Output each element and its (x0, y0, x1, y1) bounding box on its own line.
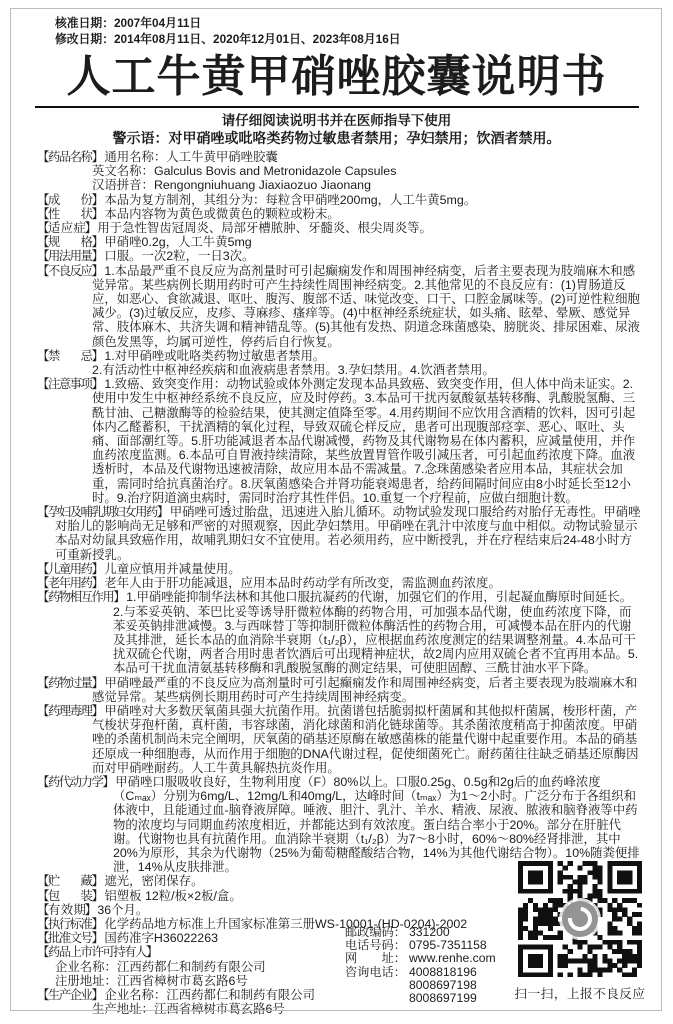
section-label: 【药代动力学】 (37, 775, 113, 789)
date-block: 核准日期：2007年04月11日 修改日期：2014年08月11日、2020年1… (0, 0, 673, 47)
qr-caption: 扫一扫，上报不良反应 (498, 983, 662, 1002)
section-interactions: 【药物相互作用】1.甲硝唑能抑制华法林和其他口服抗凝药的代谢，加强它们的作用，引… (0, 590, 642, 675)
section-label: 【药物过量】 (37, 676, 102, 690)
section-name: 【药品名称】通用名称：人工牛黄甲硝唑胶囊英文名称：Galculus Bovis … (0, 150, 642, 193)
approval-date: 核准日期：2007年04月11日 (55, 15, 673, 31)
section-label: 【性 状】 (37, 207, 102, 221)
contact-label: 咨询电话： (345, 966, 409, 979)
section-label: 【不良反应】 (37, 264, 102, 278)
section-label: 【批准文号】 (37, 931, 102, 945)
contact-value: 4008818196 (409, 965, 477, 979)
section-pharmacokinetics: 【药代动力学】甲硝唑口服吸收良好，生物利用度（F）80%以上。口服0.25g、0… (0, 775, 642, 874)
section-label: 【用法用量】 (37, 249, 102, 263)
section-dosage: 【用法用量】口服。一次2粒，一日3次。 (0, 249, 642, 263)
contact-value: www.renhe.com (409, 951, 496, 965)
section-composition: 【成 份】本品为复方制剂，其组分为：每粒含甲硝唑200mg，人工牛黄5mg。 (0, 193, 642, 207)
warning-statement: 警示语：对甲硝唑或吡咯类药物过敏患者禁用；孕妇禁用；饮酒者禁用。 (0, 129, 673, 147)
section-label: 【规 格】 (37, 235, 102, 249)
section-description: 【性 状】本品内容物为黄色或微黄色的颗粒或粉末。 (0, 207, 642, 221)
section-label: 【儿童用药】 (37, 562, 102, 576)
section-label: 【包 装】 (37, 889, 102, 903)
section-label: 【孕妇及哺乳期妇女用药】 (37, 505, 168, 519)
contact-value: 331200 (409, 925, 450, 939)
section-label: 【生产企业】 (37, 988, 102, 1002)
contact-label: 网 址： (345, 952, 409, 965)
section-label: 【禁 忌】 (37, 349, 102, 363)
section-label: 【贮 藏】 (37, 874, 102, 888)
section-pediatric: 【儿童用药】儿童应慎用并减量使用。 (0, 562, 642, 576)
section-overdose: 【药物过量】甲硝唑最严重的不良反应为高剂量时可引起癫痫发作和周围神经病变，后者主… (0, 676, 642, 704)
section-strength: 【规 格】甲硝唑0.2g，人工牛黄5mg (0, 235, 642, 249)
section-geriatric: 【老年用药】老年人由于肝功能减退，应用本品时药动学有所改变，需监测血药浓度。 (0, 576, 642, 590)
section-pharmacology: 【药理毒理】甲硝唑对大多数厌氧菌具强大抗菌作用。抗菌谱包括脆弱拟杆菌属和其他拟杆… (0, 704, 642, 775)
section-indications: 【适 应 症】用于急性智齿冠周炎、局部牙槽脓肿、牙髓炎、根尖周炎等。 (0, 221, 642, 235)
section-label: 【成 份】 (37, 193, 102, 207)
leaflet-page: 核准日期：2007年04月11日 修改日期：2014年08月11日、2020年1… (0, 0, 673, 1024)
section-contraindications: 【禁 忌】1.对甲硝唑或吡咯类药物过敏患者禁用。2.有活动性中枢神经疾病和血液病… (0, 349, 642, 377)
section-label: 【有 效 期】 (37, 903, 95, 917)
contact-value: 8008697198 (409, 978, 477, 992)
section-label: 【药物相互作用】 (37, 590, 124, 604)
section-label: 【注意事项】 (37, 377, 102, 391)
section-label: 【药理毒理】 (37, 704, 102, 718)
section-label: 【老年用药】 (37, 576, 102, 590)
section-label: 【药品上市许可持有人】 (37, 945, 157, 959)
section-adverse: 【不良反应】1.本品最严重不良反应为高剂量时可引起癫痫发作和周围神经病变，后者主… (0, 264, 642, 349)
section-label: 【适 应 症】 (37, 221, 95, 235)
qr-code (518, 861, 642, 977)
title-divider (35, 106, 639, 108)
section-label: 【执行标准】 (37, 917, 102, 931)
section-precautions: 【注意事项】1.致癌、致突变作用：动物试验或体外测定发现本品具致癌、致突变作用，… (0, 377, 642, 505)
contact-value: 8008697199 (409, 991, 477, 1005)
page-title: 人工牛黄甲硝唑胶囊说明书 (0, 51, 673, 103)
read-notice: 请仔细阅读说明书并在医师指导下使用 (0, 112, 673, 129)
renhe-logo-icon (562, 901, 598, 937)
contact-block: 邮政编码：331200电话号码：0795-7351158网 址：www.renh… (345, 926, 496, 1005)
section-label: 【药品名称】 (37, 150, 102, 164)
section-pregnancy: 【孕妇及哺乳期妇女用药】甲硝唑可透过胎盘，迅速进入胎儿循环。动物试验发现口服给药… (0, 505, 642, 562)
contact-row: 8008697199 (345, 992, 496, 1005)
revision-date: 修改日期：2014年08月11日、2020年12月01日、2023年08月16日 (55, 31, 673, 47)
